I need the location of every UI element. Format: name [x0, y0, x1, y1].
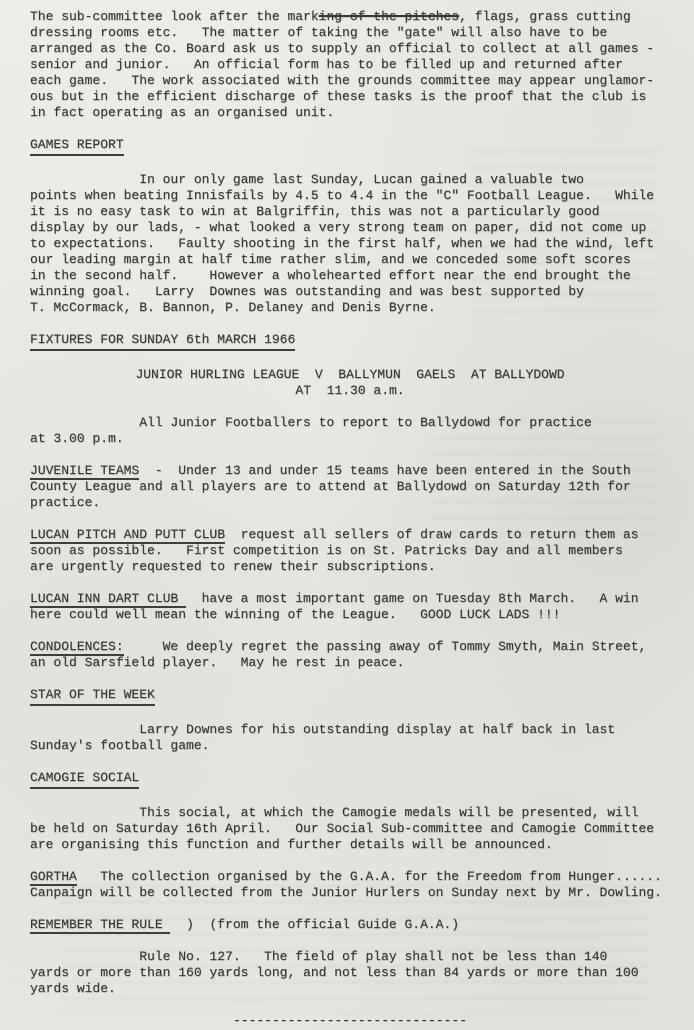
- text-segment: JUNIOR HURLING LEAGUE V BALLYMUN GAELS A…: [135, 367, 564, 382]
- text-segment: Larry Downes for his outstanding display…: [30, 722, 615, 737]
- text-segment: be held on Saturday 16th April. Our Soci…: [30, 821, 654, 836]
- text-segment: - Under 13 and under 15 teams have been …: [139, 463, 630, 478]
- text-line: REMEMBER THE RULE ) (from the official G…: [30, 917, 670, 933]
- text-line: yards wide.: [30, 981, 670, 997]
- text-line: LUCAN PITCH AND PUTT CLUB request all se…: [30, 527, 670, 543]
- text-segment: each game. The work associated with the …: [30, 73, 654, 88]
- text-segment: Rule No. 127. The field of play shall no…: [30, 949, 607, 964]
- text-line: are organising this function and further…: [30, 837, 670, 853]
- text-line: JUNIOR HURLING LEAGUE V BALLYMUN GAELS A…: [30, 367, 670, 383]
- text-segment: We deeply regret the passing away of Tom…: [124, 639, 647, 654]
- text-line: to expectations. Faulty shooting in the …: [30, 236, 670, 252]
- text-line: senior and junior. An official form has …: [30, 57, 670, 73]
- document-body: The sub-committee look after the marking…: [30, 9, 670, 1029]
- text-line: GORTHA The collection organised by the G…: [30, 869, 670, 885]
- text-line: be held on Saturday 16th April. Our Soci…: [30, 821, 670, 837]
- paragraph: The sub-committee look after the marking…: [30, 9, 670, 121]
- paragraph: GORTHA The collection organised by the G…: [30, 869, 670, 901]
- text-segment: winning goal. Larry Downes was outstandi…: [30, 284, 584, 299]
- text-segment: dressing rooms etc. The matter of taking…: [30, 25, 607, 40]
- inline-heading: CONDOLENCES:: [30, 639, 124, 656]
- text-segment: Sunday's football game.: [30, 738, 209, 753]
- text-segment: to expectations. Faulty shooting in the …: [30, 236, 654, 251]
- text-line: in the second half. However a wholeheart…: [30, 268, 670, 284]
- centered-block: ------------------------------: [30, 1013, 670, 1029]
- text-line: JUVENILE TEAMS - Under 13 and under 15 t…: [30, 463, 670, 479]
- centered-block: JUNIOR HURLING LEAGUE V BALLYMUN GAELS A…: [30, 367, 670, 399]
- paragraph: In our only game last Sunday, Lucan gain…: [30, 172, 670, 316]
- paragraph: All Junior Footballers to report to Ball…: [30, 415, 670, 447]
- heading-text: FIXTURES FOR SUNDAY 6th MARCH 1966: [30, 332, 295, 351]
- text-line: Rule No. 127. The field of play shall no…: [30, 949, 670, 965]
- text-segment: here could well mean the winning of the …: [30, 607, 561, 622]
- text-line: our leading margin at half time rather s…: [30, 252, 670, 268]
- text-line: LUCAN INN DART CLUB have a most importan…: [30, 591, 670, 607]
- text-segment: are urgently requested to renew their su…: [30, 559, 436, 574]
- text-line: display by our lads, - what looked a ver…: [30, 220, 670, 236]
- paragraph: REMEMBER THE RULE ) (from the official G…: [30, 917, 670, 933]
- text-segment: senior and junior. An official form has …: [30, 57, 623, 72]
- section-heading: FIXTURES FOR SUNDAY 6th MARCH 1966: [30, 332, 670, 351]
- text-segment: ous but in the efficient discharge of th…: [30, 89, 646, 104]
- inline-heading: LUCAN PITCH AND PUTT CLUB: [30, 527, 225, 544]
- text-line: it is no easy task to win at Balgriffin,…: [30, 204, 670, 220]
- text-line: an old Sarsfield player. May he rest in …: [30, 655, 670, 671]
- text-segment: yards or more than 160 yards long, and n…: [30, 965, 639, 980]
- paragraph: CONDOLENCES: We deeply regret the passin…: [30, 639, 670, 671]
- text-segment: ------------------------------: [233, 1013, 467, 1028]
- text-line: dressing rooms etc. The matter of taking…: [30, 25, 670, 41]
- paragraph: LUCAN INN DART CLUB have a most importan…: [30, 591, 670, 623]
- text-line: County League and all players are to att…: [30, 479, 670, 495]
- text-segment: ) (from the official Guide G.A.A.): [170, 917, 459, 932]
- section-heading: STAR OF THE WEEK: [30, 687, 670, 706]
- text-segment: at 3.00 p.m.: [30, 431, 124, 446]
- heading-text: CAMOGIE SOCIAL: [30, 770, 139, 789]
- heading-text: GAMES REPORT: [30, 137, 124, 156]
- text-segment: points when beating Innisfails by 4.5 to…: [30, 188, 654, 203]
- text-segment: have a most important game on Tuesday 8t…: [186, 591, 638, 606]
- text-line: each game. The work associated with the …: [30, 73, 670, 89]
- text-line: soon as possible. First competition is o…: [30, 543, 670, 559]
- text-segment: ing of the pitches: [319, 9, 459, 24]
- text-line: winning goal. Larry Downes was outstandi…: [30, 284, 670, 300]
- text-line: CONDOLENCES: We deeply regret the passin…: [30, 639, 670, 655]
- heading-text: STAR OF THE WEEK: [30, 687, 155, 706]
- text-line: practice.: [30, 495, 670, 511]
- text-line: yards or more than 160 yards long, and n…: [30, 965, 670, 981]
- text-line: arranged as the Co. Board ask us to supp…: [30, 41, 670, 57]
- section-heading: GAMES REPORT: [30, 137, 670, 156]
- text-segment: it is no easy task to win at Balgriffin,…: [30, 204, 600, 219]
- text-segment: In our only game last Sunday, Lucan gain…: [30, 172, 584, 187]
- text-segment: in fact operating as an organised unit.: [30, 105, 334, 120]
- text-line: at 3.00 p.m.: [30, 431, 670, 447]
- text-line: The sub-committee look after the marking…: [30, 9, 670, 25]
- text-segment: The collection organised by the G.A.A. f…: [77, 869, 662, 884]
- text-segment: AT 11.30 a.m.: [295, 383, 404, 398]
- text-line: This social, at which the Camogie medals…: [30, 805, 670, 821]
- text-segment: , flags, grass cutting: [459, 9, 631, 24]
- text-segment: soon as possible. First competition is o…: [30, 543, 623, 558]
- inline-heading: JUVENILE TEAMS: [30, 463, 139, 480]
- text-line: ous but in the efficient discharge of th…: [30, 89, 670, 105]
- text-segment: display by our lads, - what looked a ver…: [30, 220, 646, 235]
- paragraph: LUCAN PITCH AND PUTT CLUB request all se…: [30, 527, 670, 575]
- text-segment: The sub-committee look after the mark: [30, 9, 319, 24]
- text-line: here could well mean the winning of the …: [30, 607, 670, 623]
- text-line: Sunday's football game.: [30, 738, 670, 754]
- text-line: T. McCormack, B. Bannon, P. Delaney and …: [30, 300, 670, 316]
- text-line: points when beating Innisfails by 4.5 to…: [30, 188, 670, 204]
- text-segment: arranged as the Co. Board ask us to supp…: [30, 41, 654, 56]
- text-segment: request all sellers of draw cards to ret…: [225, 527, 638, 542]
- text-line: In our only game last Sunday, Lucan gain…: [30, 172, 670, 188]
- paragraph: JUVENILE TEAMS - Under 13 and under 15 t…: [30, 463, 670, 511]
- text-segment: in the second half. However a wholeheart…: [30, 268, 631, 283]
- text-segment: County League and all players are to att…: [30, 479, 631, 494]
- paragraph: Larry Downes for his outstanding display…: [30, 722, 670, 754]
- text-segment: yards wide.: [30, 981, 116, 996]
- text-segment: an old Sarsfield player. May he rest in …: [30, 655, 404, 670]
- text-segment: practice.: [30, 495, 100, 510]
- text-line: AT 11.30 a.m.: [30, 383, 670, 399]
- text-line: in fact operating as an organised unit.: [30, 105, 670, 121]
- text-segment: are organising this function and further…: [30, 837, 553, 852]
- inline-heading: GORTHA: [30, 869, 77, 886]
- text-line: All Junior Footballers to report to Ball…: [30, 415, 670, 431]
- inline-heading: REMEMBER THE RULE: [30, 917, 170, 934]
- text-line: Canpaign will be collected from the Juni…: [30, 885, 670, 901]
- paragraph: Rule No. 127. The field of play shall no…: [30, 949, 670, 997]
- inline-heading: LUCAN INN DART CLUB: [30, 591, 186, 608]
- text-line: ------------------------------: [30, 1013, 670, 1029]
- text-segment: Canpaign will be collected from the Juni…: [30, 885, 662, 900]
- text-line: Larry Downes for his outstanding display…: [30, 722, 670, 738]
- section-heading: CAMOGIE SOCIAL: [30, 770, 670, 789]
- text-segment: our leading margin at half time rather s…: [30, 252, 631, 267]
- typewritten-document-page: The sub-committee look after the marking…: [0, 0, 694, 1030]
- text-segment: T. McCormack, B. Bannon, P. Delaney and …: [30, 300, 436, 315]
- text-segment: This social, at which the Camogie medals…: [30, 805, 639, 820]
- text-line: are urgently requested to renew their su…: [30, 559, 670, 575]
- text-segment: All Junior Footballers to report to Ball…: [30, 415, 592, 430]
- paragraph: This social, at which the Camogie medals…: [30, 805, 670, 853]
